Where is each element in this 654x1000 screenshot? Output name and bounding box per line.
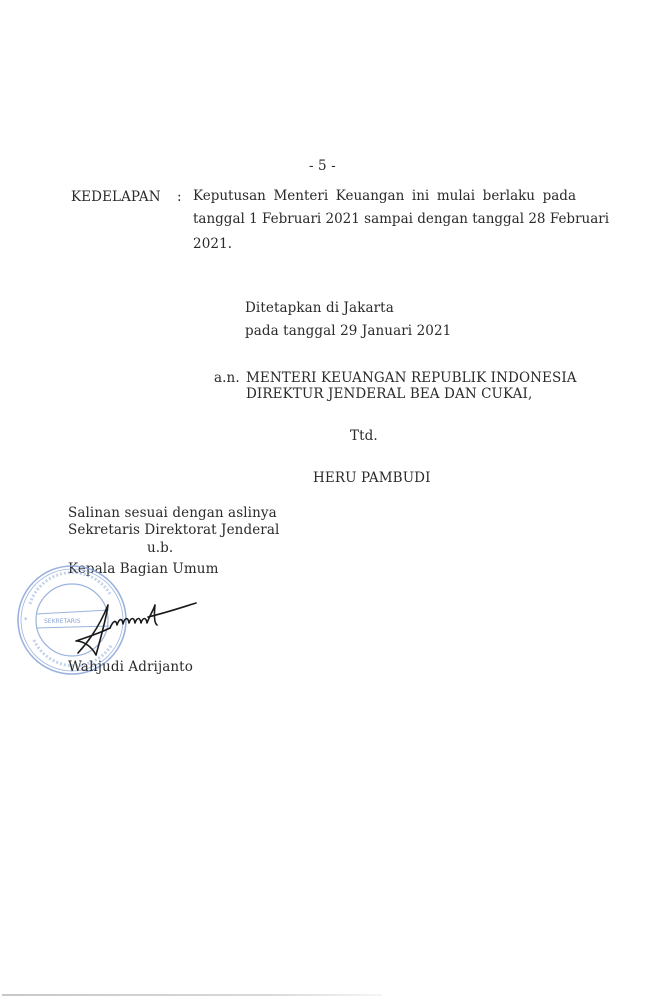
office-line-2: DIREKTUR JENDERAL BEA DAN CUKAI, [246,386,532,402]
certification-line-1: Salinan sesuai dengan aslinya [68,505,277,521]
handwritten-signature-icon [70,595,200,660]
svg-text:*: * [24,616,28,624]
article-line-2: tanggal 1 Februari 2021 sampai dengan ta… [193,208,576,231]
page-bottom-edge [2,994,382,996]
certification-line-3: u.b. [147,540,173,556]
article-label: KEDELAPAN [71,189,161,205]
article-line-1: Keputusan Menteri Keuangan ini mulai ber… [193,185,576,208]
certifier-name: Wahjudi Adrijanto [68,659,193,675]
signed-mark: Ttd. [350,428,378,444]
enactment-date: pada tanggal 29 Januari 2021 [245,323,451,339]
article-line-3: 2021. [193,236,232,252]
signatory-name: HERU PAMBUDI [313,470,431,486]
on-behalf-prefix: a.n. [214,370,240,386]
enactment-place: Ditetapkan di Jakarta [245,300,394,316]
page-number: - 5 - [309,158,336,174]
office-line-1: MENTERI KEUANGAN REPUBLIK INDONESIA [246,370,577,386]
certification-line-2: Sekretaris Direktorat Jenderal [68,522,279,538]
article-separator: : [177,189,182,205]
